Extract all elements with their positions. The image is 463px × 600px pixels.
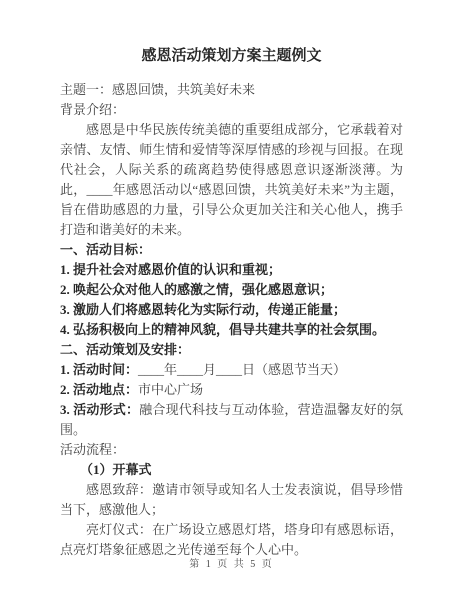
flow-label: 活动流程： bbox=[60, 440, 403, 460]
background-label: 背景介绍： bbox=[60, 100, 403, 120]
background-paragraph: 感恩是中华民族传统美德的重要组成部分，它承载着对亲情、友情、师生情和爱情等深厚情… bbox=[60, 120, 403, 240]
goal-item-3: 3. 激励人们将感恩转化为实际行动，传递正能量； bbox=[60, 300, 403, 320]
goal-item-1: 1. 提升社会对感恩价值的认识和重视； bbox=[60, 260, 403, 280]
goal-item-4: 4. 弘扬积极向上的精神风貌，倡导共建共享的社会氛围。 bbox=[60, 320, 403, 340]
page-number-indicator: 第 1 页 共 5 页 bbox=[0, 555, 463, 570]
document-page: 感恩活动策划方案主题例文 主题一：感恩回馈，共筑美好未来 背景介绍： 感恩是中华… bbox=[0, 0, 463, 600]
document-body: 主题一：感恩回馈，共筑美好未来 背景介绍： 感恩是中华民族传统美德的重要组成部分… bbox=[0, 66, 463, 560]
goals-heading: 一、活动目标： bbox=[60, 240, 403, 260]
plan-heading: 二、活动策划及安排： bbox=[60, 340, 403, 360]
plan-item-format: 3. 活动形式：融合现代科技与互动体验，营造温馨友好的氛围。 bbox=[60, 400, 403, 440]
plan-item-time: 1. 活动时间：____年____月____日（感恩节当天） bbox=[60, 360, 403, 380]
speech-paragraph: 感恩致辞：邀请市领导或知名人士发表演说，倡导珍惜当下，感激他人； bbox=[60, 480, 403, 520]
plan-item-time-label: 1. 活动时间： bbox=[60, 362, 138, 377]
document-title: 感恩活动策划方案主题例文 bbox=[0, 0, 463, 66]
subject-line: 主题一：感恩回馈，共筑美好未来 bbox=[60, 80, 403, 100]
lighting-paragraph: 亮灯仪式：在广场设立感恩灯塔，塔身印有感恩标语，点亮灯塔象征感恩之光传递至每个人… bbox=[60, 520, 403, 560]
plan-item-time-value: ____年____月____日（感恩节当天） bbox=[138, 362, 346, 377]
plan-item-place-label: 2. 活动地点： bbox=[60, 382, 138, 397]
plan-item-place-value: 市中心广场 bbox=[138, 382, 203, 397]
plan-item-place: 2. 活动地点：市中心广场 bbox=[60, 380, 403, 400]
plan-item-format-label: 3. 活动形式： bbox=[60, 402, 139, 417]
goal-item-2: 2. 唤起公众对他人的感激之情，强化感恩意识； bbox=[60, 280, 403, 300]
opening-ceremony-heading: （1）开幕式 bbox=[60, 460, 403, 480]
